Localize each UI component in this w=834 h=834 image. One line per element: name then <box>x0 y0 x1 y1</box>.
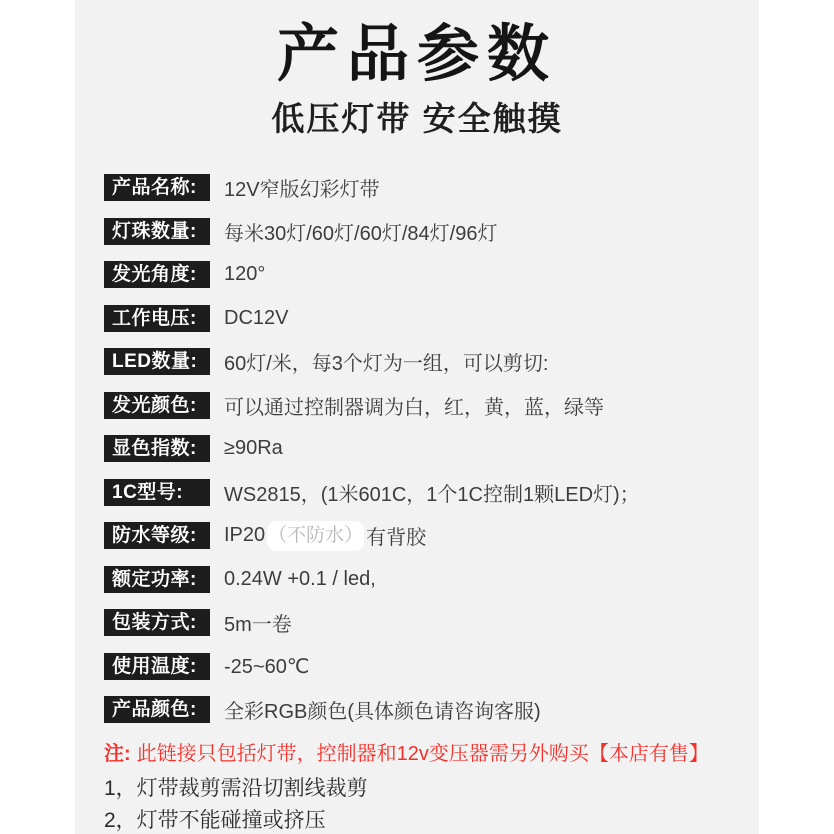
spec-row: 工作电压: DC12V <box>104 305 759 332</box>
value-text: 5m一卷 <box>224 608 292 637</box>
spec-row: 额定功率: 0.24W +0.1 / led, <box>104 566 759 593</box>
spec-label: 灯珠数量: <box>104 218 210 245</box>
value-text: 12V窄版幻彩灯带 <box>224 173 380 202</box>
spec-row: 显色指数: ≥90Ra <box>104 435 759 462</box>
spec-row: 产品名称: 12V窄版幻彩灯带 <box>104 174 759 201</box>
product-spec-image: 产品参数 低压灯带 安全触摸 产品名称: 12V窄版幻彩灯带 灯珠数量: 每米3… <box>0 0 834 834</box>
value-text: DC12V <box>224 307 288 330</box>
spec-list: 产品名称: 12V窄版幻彩灯带 灯珠数量: 每米30灯/60灯/60灯/84灯/… <box>75 174 759 723</box>
warning-prefix: 注: <box>104 743 131 765</box>
spec-label: LED数量: <box>104 348 210 375</box>
value-text: 0.24W +0.1 / led, <box>224 568 376 591</box>
spec-row: 灯珠数量: 每米30灯/60灯/60灯/84灯/96灯 <box>104 218 759 245</box>
note-items: 1，灯带裁剪需沿切割线裁剪 2，灯带不能碰撞或挤压 <box>104 773 759 834</box>
notes-section: 注:此链接只包括灯带，控制器和12v变压器需另外购买【本店有售】 1，灯带裁剪需… <box>75 741 759 834</box>
spec-label: 工作电压: <box>104 305 210 332</box>
value-chip: （不防水） <box>267 521 364 551</box>
spec-row: 发光角度: 120° <box>104 261 759 288</box>
spec-row: 防水等级: IP20（不防水） 有背胶 <box>104 522 759 549</box>
spec-row: LED数量: 60灯/米，每3个灯为一组，可以剪切: <box>104 348 759 375</box>
value-text: 120° <box>224 263 265 286</box>
spec-label: 发光角度: <box>104 261 210 288</box>
value-text: 全彩RGB颜色(具体颜色请咨询客服) <box>224 695 541 724</box>
spec-row: 产品颜色: 全彩RGB颜色(具体颜色请咨询客服) <box>104 696 759 723</box>
spec-row: 包装方式: 5m一卷 <box>104 609 759 636</box>
spec-value: 12V窄版幻彩灯带 <box>224 173 380 202</box>
spec-label: 1C型号: <box>104 479 210 506</box>
spec-row: 1C型号: WS2815，(1米601C，1个1C控制1颗LED灯)； <box>104 479 759 506</box>
spec-label: 额定功率: <box>104 566 210 593</box>
spec-value: 全彩RGB颜色(具体颜色请咨询客服) <box>224 695 541 724</box>
value-text: -25~60℃ <box>224 654 309 679</box>
spec-value: 每米30灯/60灯/60灯/84灯/96灯 <box>224 217 497 246</box>
warning-note: 注:此链接只包括灯带，控制器和12v变压器需另外购买【本店有售】 <box>104 741 759 767</box>
spec-value: 120° <box>224 263 265 286</box>
spec-label: 发光颜色: <box>104 392 210 419</box>
page-subtitle: 低压灯带 安全触摸 <box>75 102 759 135</box>
spec-label: 显色指数: <box>104 435 210 462</box>
spec-label: 防水等级: <box>104 522 210 549</box>
note-item: 2，灯带不能碰撞或挤压 <box>104 805 759 834</box>
value-text: 60灯/米，每3个灯为一组，可以剪切: <box>224 347 548 376</box>
value-text: IP20 <box>224 524 265 547</box>
spec-value: 可以通过控制器调为白，红，黄，蓝，绿等 <box>224 391 604 420</box>
spec-value: 0.24W +0.1 / led, <box>224 568 376 591</box>
spec-value: DC12V <box>224 307 288 330</box>
spec-value: WS2815，(1米601C，1个1C控制1颗LED灯)； <box>224 478 640 507</box>
value-text: 可以通过控制器调为白，红，黄，蓝，绿等 <box>224 391 604 420</box>
spec-label: 使用温度: <box>104 653 210 680</box>
spec-label: 产品名称: <box>104 174 210 201</box>
note-item: 1，灯带裁剪需沿切割线裁剪 <box>104 773 759 805</box>
spec-value: -25~60℃ <box>224 654 309 679</box>
value-text: 每米30灯/60灯/60灯/84灯/96灯 <box>224 217 497 246</box>
value-text: WS2815，(1米601C，1个1C控制1颗LED灯)； <box>224 478 640 507</box>
value-text: 有背胶 <box>366 521 426 550</box>
spec-label: 产品颜色: <box>104 696 210 723</box>
spec-row: 发光颜色: 可以通过控制器调为白，红，黄，蓝，绿等 <box>104 392 759 419</box>
spec-value: 5m一卷 <box>224 608 292 637</box>
content-panel: 产品参数 低压灯带 安全触摸 产品名称: 12V窄版幻彩灯带 灯珠数量: 每米3… <box>75 0 759 834</box>
spec-value: 60灯/米，每3个灯为一组，可以剪切: <box>224 347 548 376</box>
value-text: ≥90Ra <box>224 437 283 460</box>
spec-value: IP20（不防水） 有背胶 <box>224 521 426 551</box>
warning-text: 此链接只包括灯带，控制器和12v变压器需另外购买【本店有售】 <box>137 743 709 765</box>
page-title: 产品参数 <box>75 24 759 86</box>
spec-value: ≥90Ra <box>224 437 283 460</box>
spec-row: 使用温度: -25~60℃ <box>104 653 759 680</box>
spec-label: 包装方式: <box>104 609 210 636</box>
